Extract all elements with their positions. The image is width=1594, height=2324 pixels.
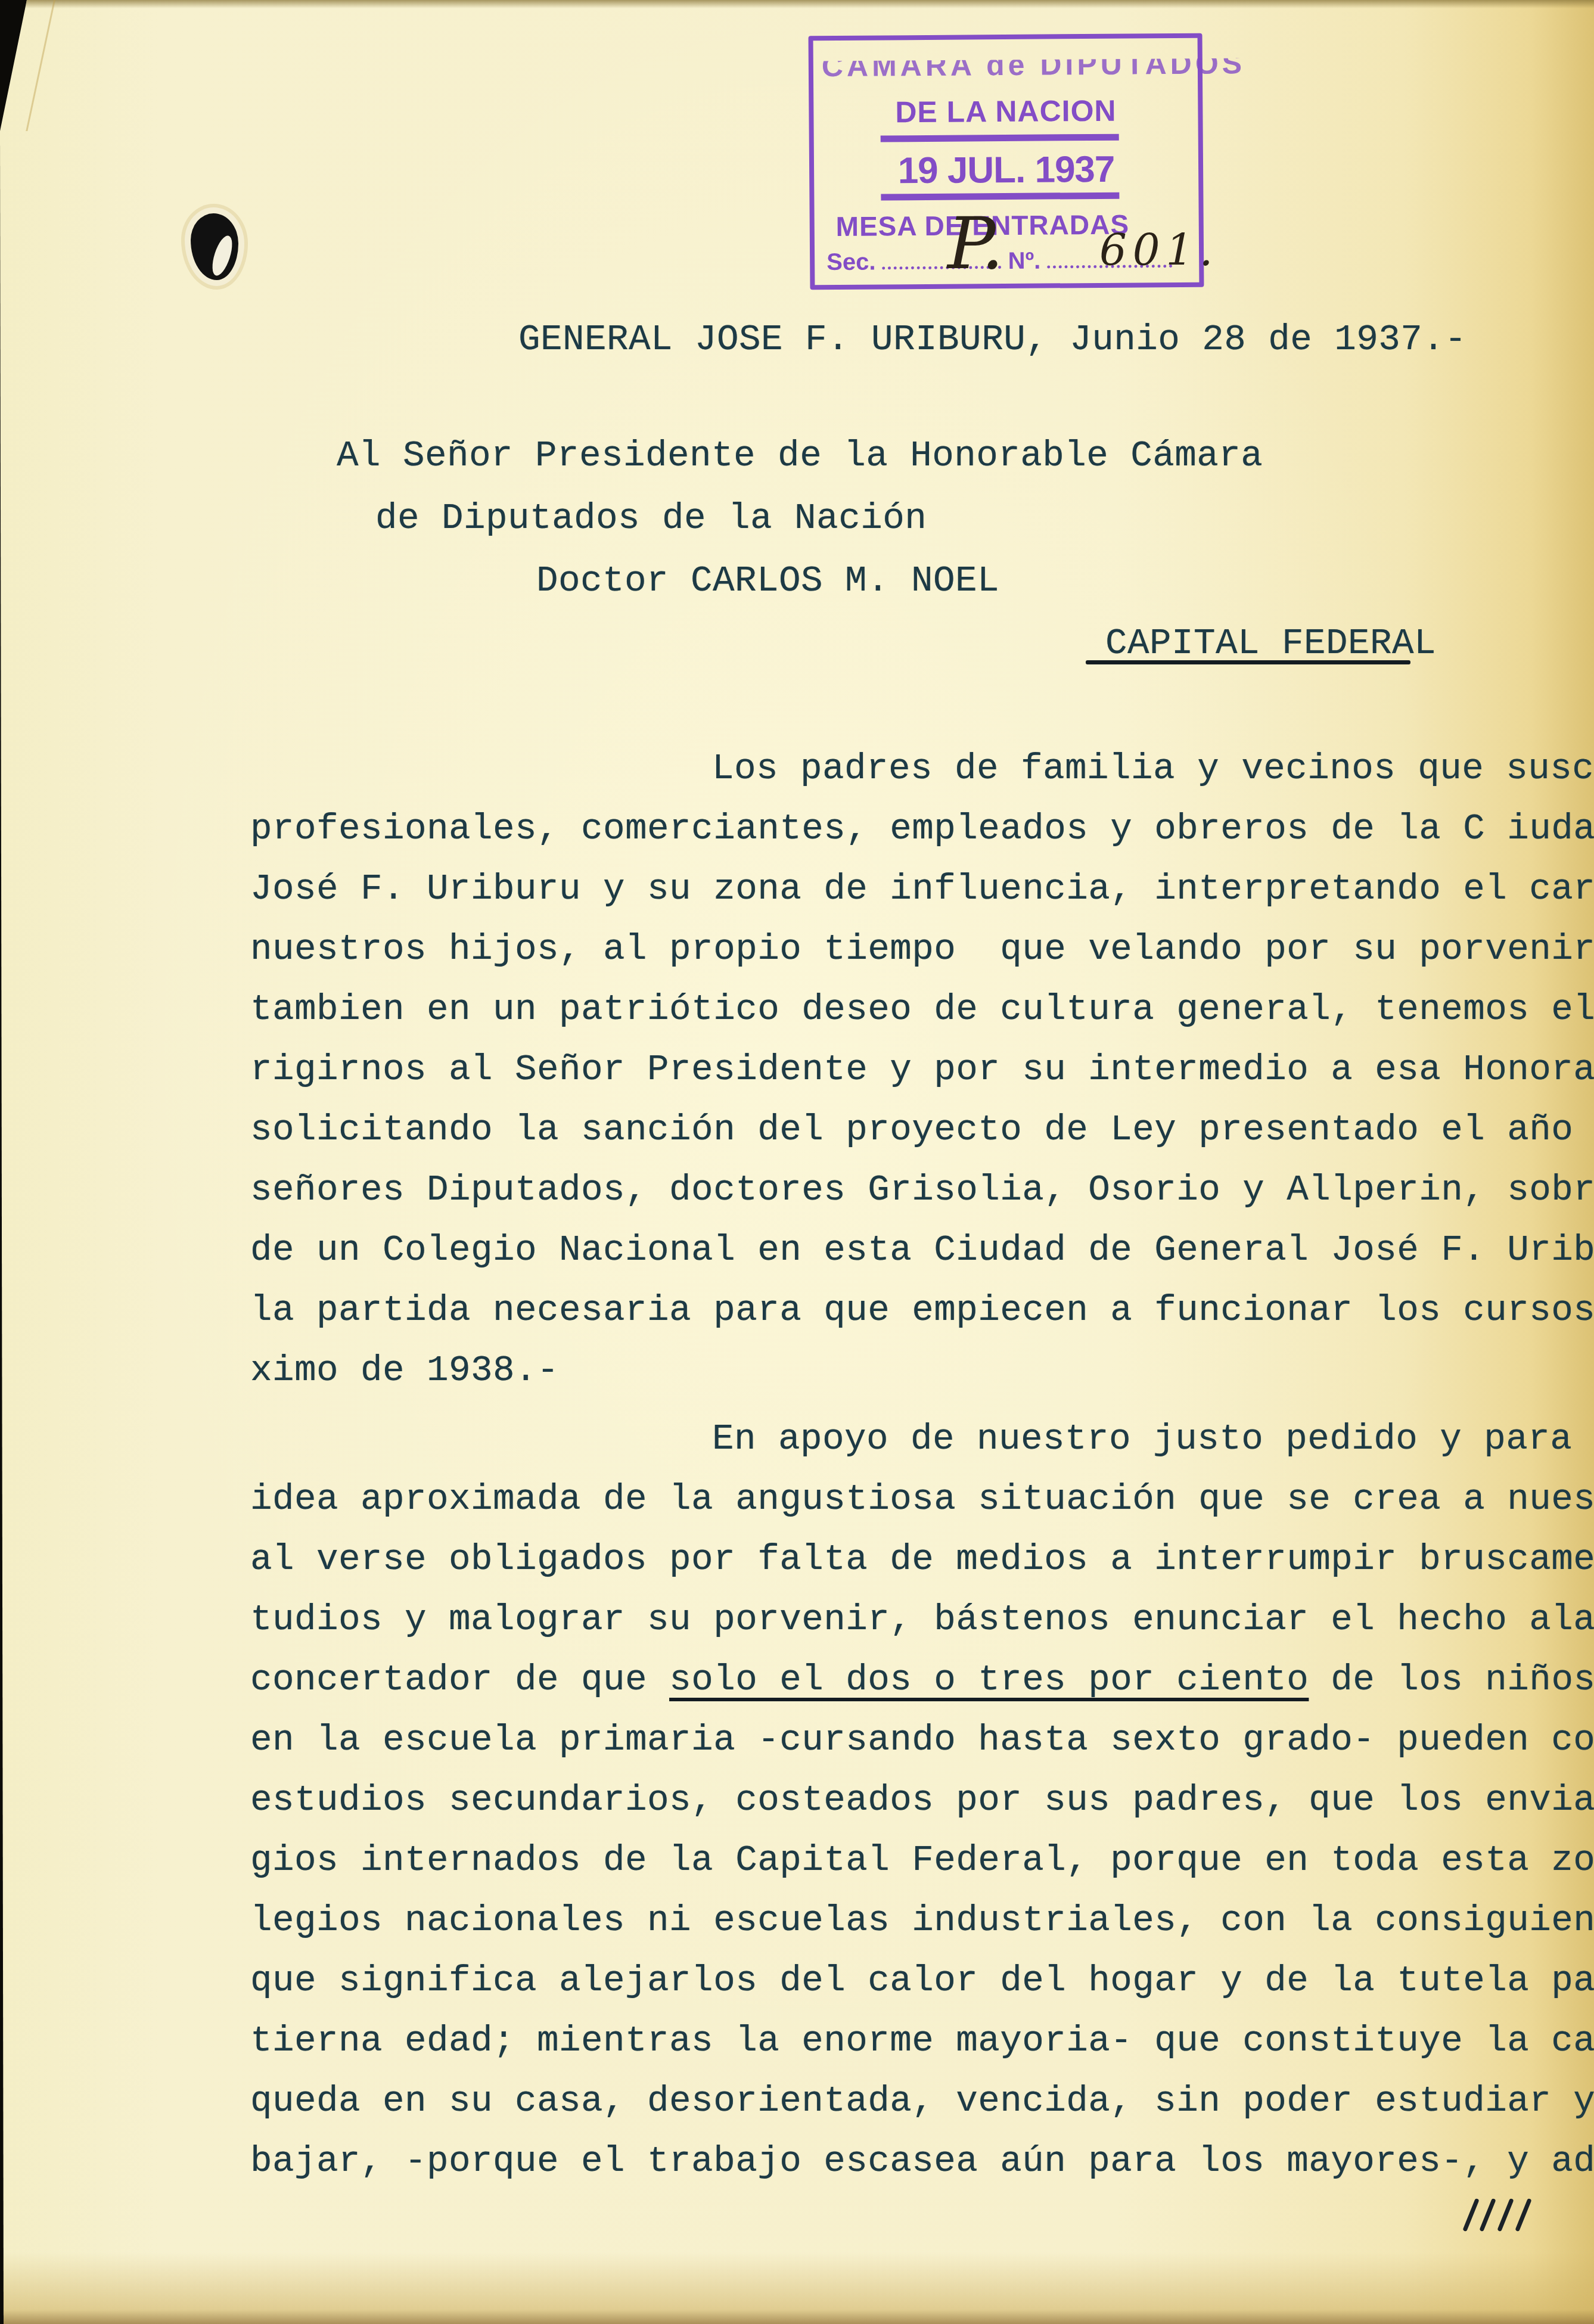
body-line: señores Diputados, doctores Grisolia, Os… [250,1172,1594,1208]
stamp-sec-label: Sec. [826,249,876,276]
body-line: tudios y malograr su porvenir, bástenos … [250,1602,1594,1638]
address-line-3: Doctor CARLOS M. NOEL [536,563,999,599]
stamp-chamber-name: CAMARA de DIPUTADOS [822,46,1246,83]
body-line: al verse obligados por falta de medios a… [250,1542,1594,1578]
place-and-date: GENERAL JOSE F. URIBURU, Junio 28 de 193… [518,322,1466,358]
handwritten-number: 601. [1099,225,1219,275]
underlined-phrase: solo el dos o tres por ciento [669,1660,1309,1701]
stamp-rule-top [881,134,1119,142]
body-line: ximo de 1938.- [250,1353,559,1389]
text-after-underline: de los niños que terminan [1309,1660,1594,1701]
address-line-1: Al Señor Presidente de la Honorable Cáma… [337,438,1263,474]
body-line: profesionales, comerciantes, empleados y… [250,811,1594,847]
body-line: bajar, -porque el trabajo escasea aún pa… [250,2143,1594,2180]
body-line: solicitando la sanción del proyecto de L… [250,1112,1594,1148]
body-line: José F. Uriburu y su zona de influencia,… [250,871,1594,908]
paper-sheet: CAMARA de DIPUTADOS DE LA NACION 19 JUL.… [0,0,1594,2324]
body-line: estudios secundarios, costeados por sus … [250,1782,1594,1819]
body-line: legios nacionales ni escuelas industrial… [250,1903,1594,1939]
body-line: de un Colegio Nacional en esta Ciudad de… [250,1232,1594,1269]
city-underline [1086,660,1410,664]
address-line-2: de Diputados de la Nación [375,501,927,537]
punch-hole [191,213,238,280]
stamp-num-label: Nº. [1008,248,1041,274]
body-line: nuestros hijos, al propio tiempo que vel… [250,931,1594,968]
stamp-date: 19 JUL. 1937 [814,148,1198,193]
stamp-nation: DE LA NACION [813,93,1198,131]
folded-corner [0,0,55,131]
body-line: rigirnos al Señor Presidente y por su in… [250,1052,1594,1088]
address-city: CAPITAL FEDERAL [1105,626,1436,662]
body-line: la partida necesaria para que empiecen a… [250,1293,1594,1329]
body-line: En apoyo de nuestro justo pedido y para … [712,1421,1594,1458]
body-line: gios internados de la Capital Federal, p… [250,1843,1594,1879]
handwritten-section: P. [947,203,1004,285]
text-before-underline: concertador de que [250,1660,669,1701]
body-line: idea aproximada de la angustiosa situaci… [250,1481,1594,1518]
continuation-mark [1463,2198,1534,2233]
body-line: Los padres de familia y vecinos que susc… [712,751,1594,787]
body-line: tierna edad; mientras la enorme mayoria-… [250,2023,1594,2059]
body-line: tambien en un patriótico deseo de cultur… [250,992,1594,1028]
stamp-rule-bottom [881,192,1119,201]
body-line: en la escuela primaria -cursando hasta s… [250,1722,1594,1758]
body-line: queda en su casa, desorientada, vencida,… [250,2083,1594,2120]
body-line: que significa alejarlos del calor del ho… [250,1963,1594,1999]
body-line-underlined: concertador de que solo el dos o tres po… [250,1662,1594,1698]
